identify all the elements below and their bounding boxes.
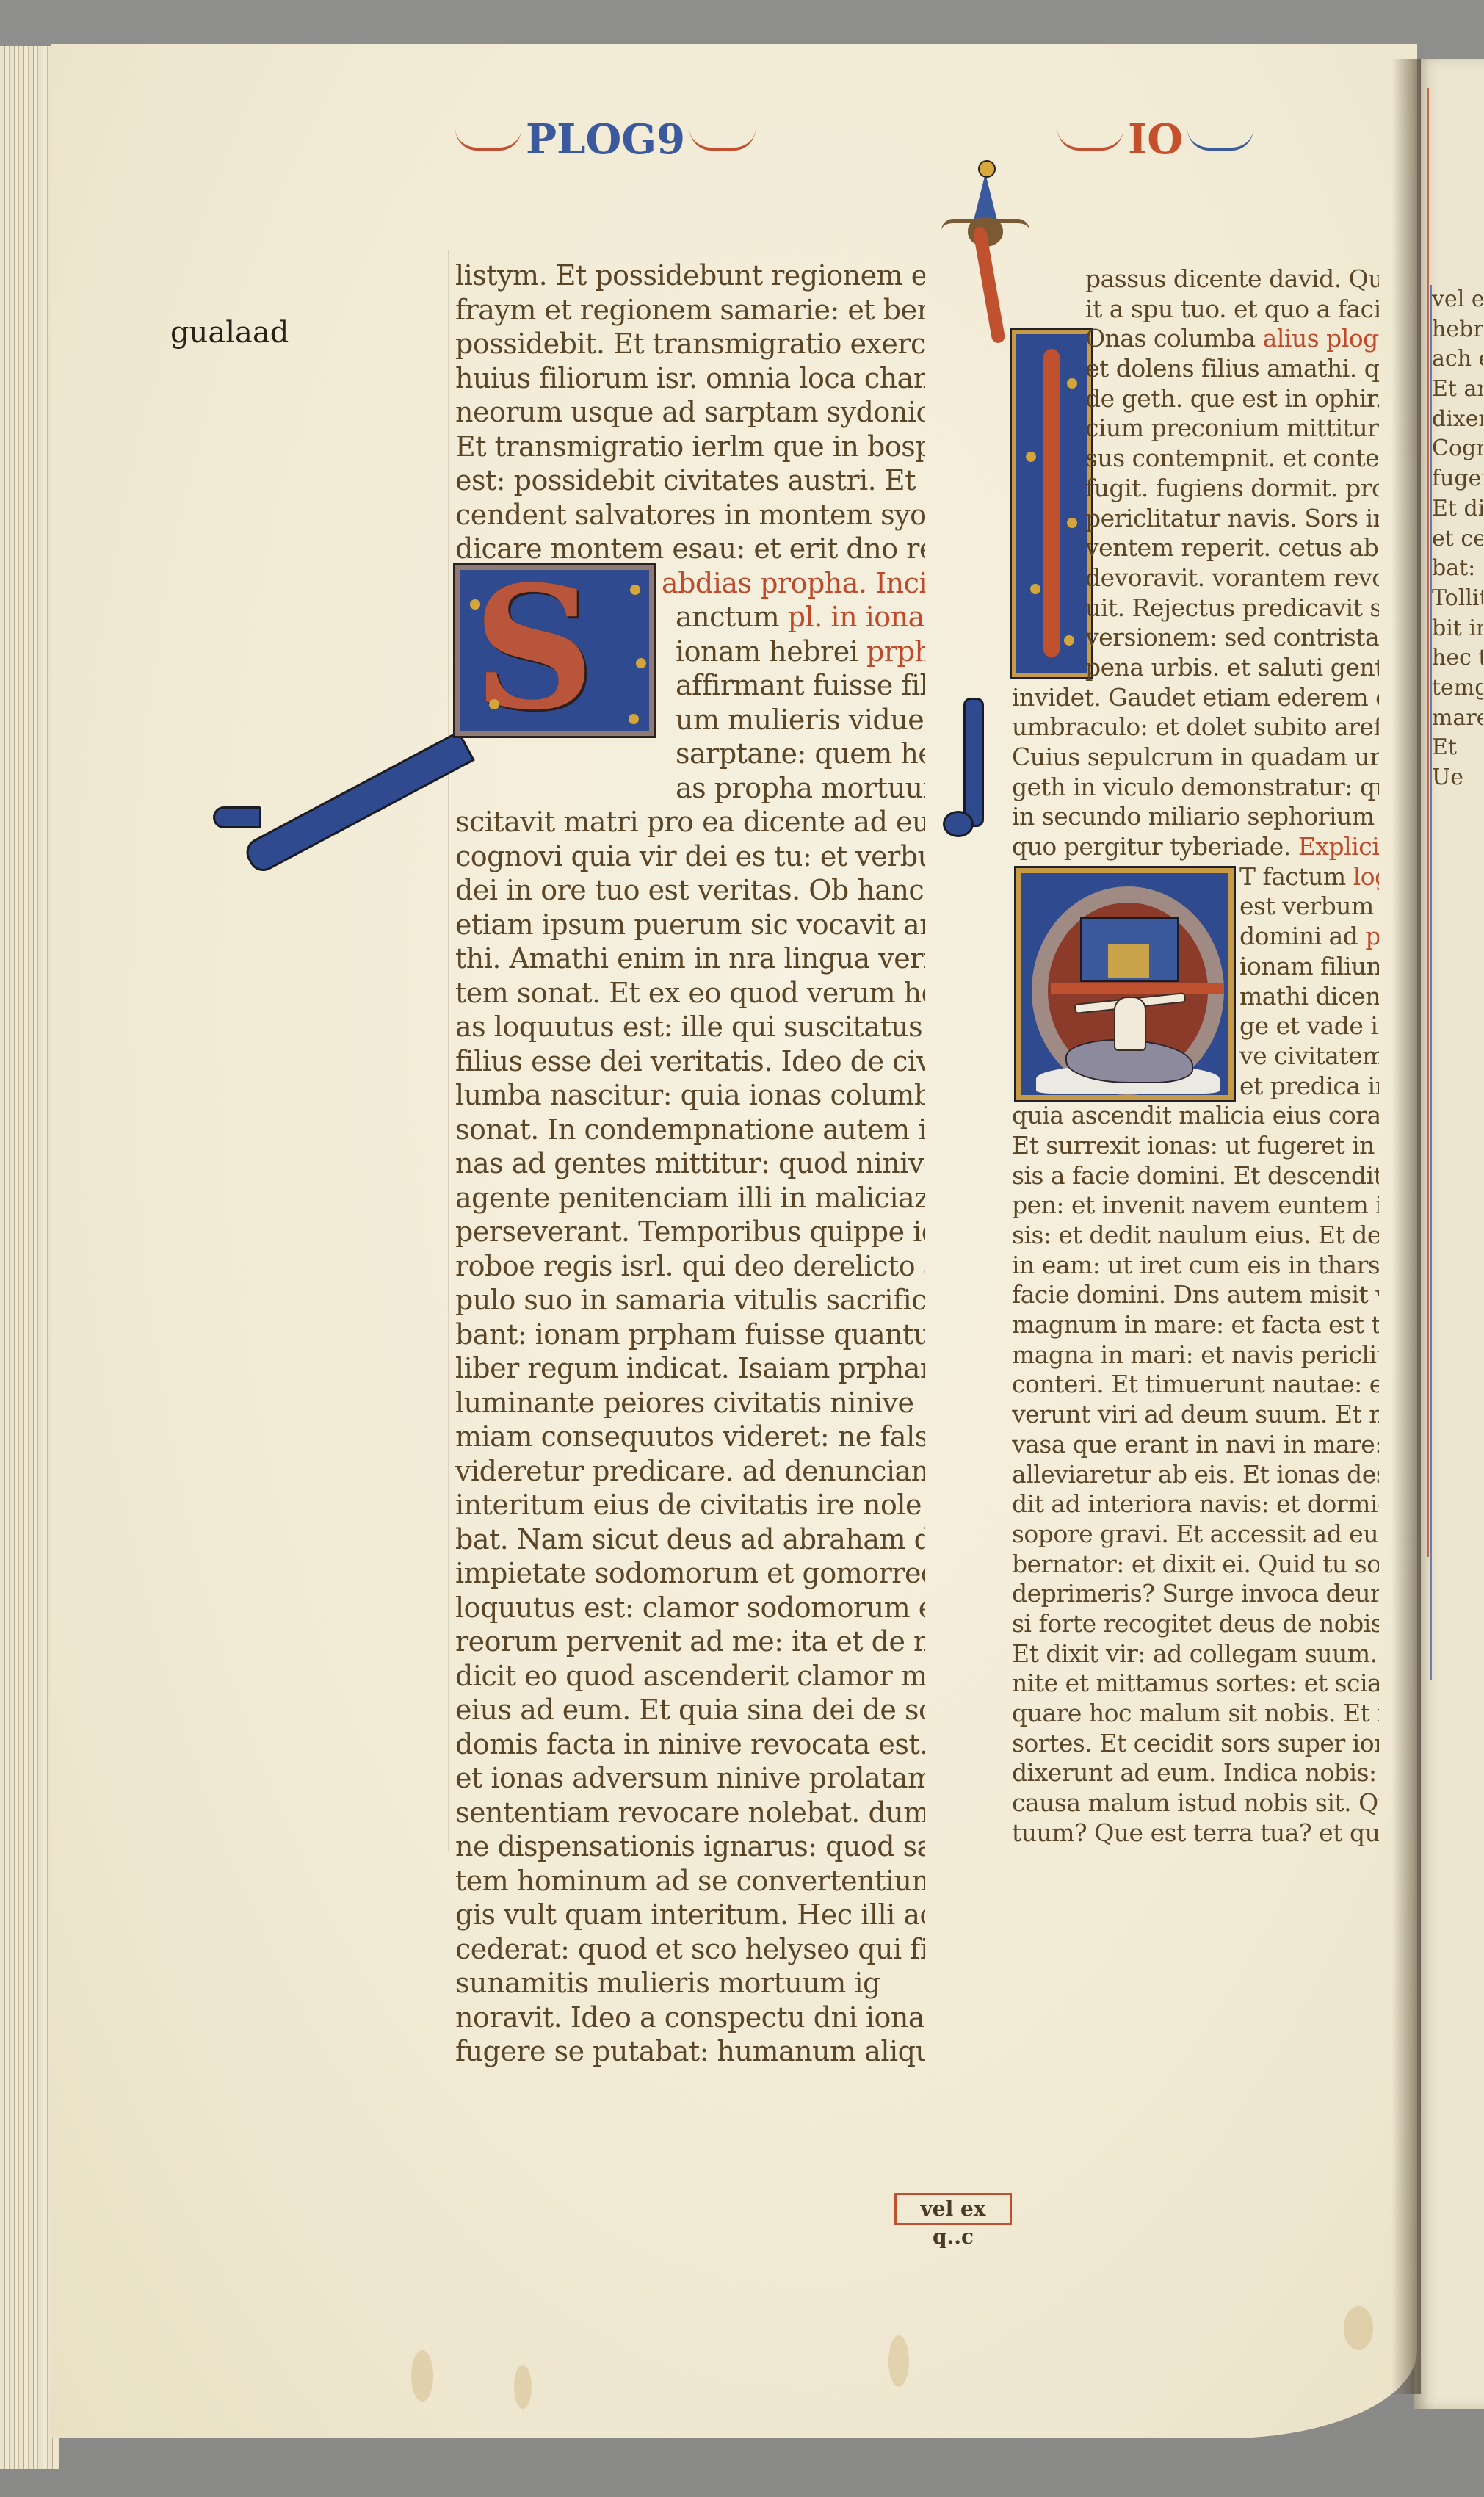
text-line: et dolens filius amathi. qui fuit — [1012, 354, 1379, 384]
ruling-line-red — [1427, 88, 1429, 1557]
foxing-stain — [1344, 2306, 1373, 2350]
text-line: temg — [1432, 673, 1483, 704]
text-line: ach ego — [1432, 344, 1483, 375]
text-segment: T factum — [1239, 862, 1346, 891]
initial-i-extension — [963, 698, 984, 827]
text-line: si forte recogitet deus de nobis et non … — [1012, 1609, 1379, 1639]
text-line: filius esse dei veritatis. Ideo de civit… — [455, 1044, 925, 1079]
text-line: magna in mari: et navis periclitabatur — [1012, 1340, 1379, 1370]
rubric-explicit: Explicit p — [1298, 832, 1379, 861]
ark-door-icon — [1108, 944, 1149, 978]
text-line: roboe regis isrl. qui deo derelicto a po — [455, 1249, 925, 1284]
text-line: listym. Et possidebunt regionem ef — [455, 259, 925, 293]
text-line: cium preconium mittitur: in — [1012, 413, 1379, 444]
text-line: cognovi quia vir dei es tu: et verbum — [455, 839, 925, 874]
text-line: Et — [1432, 733, 1483, 763]
text-line: geth in viculo demonstratur: que est — [1012, 773, 1379, 803]
text-line: bit ina — [1432, 614, 1483, 644]
text-line: pulo suo in samaria vitulis sacrifica — [455, 1283, 925, 1318]
text-line: fugere se putabat: humanum aliquid — [455, 2034, 925, 2069]
foxing-stain — [888, 2335, 909, 2387]
text-line: dit ad interiora navis: et dormiebat — [1012, 1489, 1379, 1519]
gold-dot-icon — [470, 599, 480, 610]
text-line: nite et mittamus sortes: et sciamus — [1012, 1669, 1379, 1699]
initial-e-crossbar — [1051, 983, 1224, 994]
facing-leaf-text: vel ex q hebrai ach ego Et ami dixerun C… — [1432, 285, 1483, 793]
text-line: possidebit. Et transmigratio exercitus — [455, 327, 925, 361]
text-line: vasa que erant in navi in mare: ut — [1012, 1430, 1379, 1460]
text-segment: Onas columba — [1085, 324, 1256, 353]
pen-flourish-icon — [1057, 129, 1123, 151]
text-line: liber regum indicat. Isaiam prpham il — [455, 1351, 925, 1386]
text-line: versionem: sed contristatur in — [1012, 623, 1379, 653]
text-line: quia ascendit malicia eius coram me. — [1012, 1101, 1379, 1131]
text-line: quare hoc malum sit nobis. Et miserunt — [1012, 1699, 1379, 1729]
text-line: impietate sodomorum et gomorreorum — [455, 1556, 925, 1591]
text-segment: quo pergitur tyberiade. — [1012, 832, 1291, 861]
text-line: dei in ore tuo est veritas. Ob hanc cau — [455, 873, 925, 908]
text-line: sortes. Et cecidit sors super ionam. Et — [1012, 1729, 1379, 1759]
running-head-right: IO — [1057, 110, 1253, 169]
text-line: Et dix — [1432, 494, 1483, 524]
rubric: logus. Incip — [1353, 862, 1379, 891]
illuminated-initial-s: S — [455, 565, 654, 736]
text-line: umbraculo: et dolet subito arefactis. — [1012, 712, 1379, 742]
gold-dot-icon — [629, 714, 639, 724]
text-line: miam consequutos videret: ne falsa — [455, 1420, 925, 1454]
text-line: huius filiorum isr. omnia loca chana — [455, 361, 925, 396]
gold-ball-icon — [978, 160, 996, 178]
text-line: Onas columba alius plogus. — [1012, 324, 1379, 354]
explicit-line: quo pergitur tyberiade. Explicit p — [1012, 832, 1379, 862]
text-line: causa malum istud nobis sit. Quod opus — [1012, 1788, 1379, 1818]
rubric: alius plogus. — [1263, 324, 1379, 353]
text-line: as propha mortuum: su — [455, 771, 925, 806]
catchword-box: vel ex q..c — [894, 2193, 1012, 2225]
jonah-figure-icon — [1114, 997, 1146, 1051]
gold-dot-icon — [636, 658, 646, 668]
text-line: sopore gravi. Et accessit ad eum gu — [1012, 1519, 1379, 1550]
grotesque-hat-icon — [974, 173, 997, 220]
running-head-text: IO — [1128, 119, 1183, 160]
text-line: neorum usque ad sarptam sydoniorum. — [455, 395, 925, 430]
text-line: thi. Amathi enim in nra lingua verita — [455, 942, 925, 976]
historiated-initial-e — [1016, 868, 1234, 1100]
text-line: in eam: ut iret cum eis in tharsis a — [1012, 1251, 1379, 1281]
text-line: hec ten — [1432, 643, 1483, 673]
foxing-stain — [411, 2350, 433, 2402]
text-line: lumba nascitur: quia ionas columba — [455, 1078, 925, 1113]
gold-dot-icon — [489, 699, 499, 709]
text-line: reorum pervenit ad me: ita et de ninive — [455, 1625, 925, 1659]
text-line: bat. Nam sicut deus ad abraham de — [455, 1522, 925, 1557]
initial-s-terminal-icon — [213, 806, 261, 828]
text-line: passus dicente david. Quo ib — [1012, 264, 1379, 294]
pen-flourish-icon — [689, 129, 756, 151]
text-line: etiam ipsum puerum sic vocavit ama — [455, 908, 925, 942]
pen-flourish-icon — [455, 129, 521, 151]
text-line: Ue — [1432, 763, 1483, 793]
text-line: fuger — [1432, 464, 1483, 494]
text-line: uit. Rejectus predicavit sub — [1012, 593, 1379, 624]
text-line: Et ami — [1432, 375, 1483, 405]
text-line: dixerun — [1432, 405, 1483, 435]
text-segment: anctum — [676, 601, 779, 633]
page-edges-stack — [0, 46, 59, 2469]
running-head-left: PLOG9 — [455, 110, 756, 169]
text-line: sonat. In condempnatione autem isrl io — [455, 1113, 925, 1147]
text-line: bernator: et dixit ei. Quid tu sopore — [1012, 1550, 1379, 1580]
text-line: ventem reperit. cetus abiectum — [1012, 533, 1379, 563]
text-line: sententiam revocare nolebat. dum — [455, 1796, 925, 1830]
text-line: agente penitenciam illi in maliciaz — [455, 1181, 925, 1215]
gutter-shadow — [1391, 59, 1421, 2394]
text-line: gis vult quam interitum. Hec illi ac — [455, 1898, 925, 1932]
text-line: sus contempnit. et contempnens — [1012, 444, 1379, 474]
text-line: nas ad gentes mittitur: quod ninive — [455, 1146, 925, 1181]
gold-dot-icon — [630, 585, 640, 595]
text-line: tem hominum ad se convertentium ma — [455, 1864, 925, 1898]
initial-i-terminal-icon — [943, 811, 974, 837]
text-line: Et dixit vir: ad collegam suum. Ve — [1012, 1639, 1379, 1669]
text-line: sis: et dedit naulum eius. Et descendit — [1012, 1221, 1379, 1251]
text-line: invidet. Gaudet etiam ederem cinis — [1012, 683, 1379, 713]
text-line: videretur predicare. ad denunciandi — [455, 1454, 925, 1489]
text-column-left: listym. Et possidebunt regionem ef fraym… — [455, 259, 925, 2069]
text-line: Cogno — [1432, 434, 1483, 464]
text-line: hebrai — [1432, 315, 1483, 345]
text-line: sunamitis mulieris mortuum ig — [455, 1966, 925, 2001]
ruling-line — [448, 250, 449, 1851]
text-line: as loquutus est: ille qui suscitatus est — [455, 1010, 925, 1044]
text-line: deprimeris? Surge invoca deum tuum: — [1012, 1579, 1379, 1609]
text-line: pen: et invenit navem euntem in thar — [1012, 1190, 1379, 1221]
text-line: de geth. que est in ophir. ad gen — [1012, 384, 1379, 414]
text-line: est: possidebit civitates austri. Et as — [455, 463, 925, 498]
text-line: noravit. Ideo a conspectu dni ionas — [455, 2001, 925, 2035]
text-line: dicit eo quod ascenderit clamor malicie — [455, 1659, 925, 1694]
text-line: domis facta in ninive revocata est. ita — [455, 1727, 925, 1762]
rubric: prpham — [866, 635, 925, 668]
text-line: periclitatur navis. Sors in — [1012, 504, 1379, 534]
text-segment: est verbum — [1239, 892, 1374, 920]
text-line: it a spu tuo. et quo a facie tua fugiam. — [1012, 294, 1379, 325]
pen-flourish-icon — [1187, 129, 1253, 151]
text-line: et ionas adversum ninive prolatam — [455, 1761, 925, 1796]
text-line: fraym et regionem samarie: et beniamin — [455, 293, 925, 328]
text-segment: domini ad — [1239, 922, 1358, 950]
text-line: et cessa — [1432, 524, 1483, 554]
text-line: fugit. fugiens dormit. propter quem — [1012, 474, 1379, 504]
text-line: sis a facie domini. Et descendit iop — [1012, 1161, 1379, 1191]
text-line: devoravit. vorantem revom — [1012, 563, 1379, 593]
text-line: bat: et — [1432, 554, 1483, 584]
text-line: in secundo miliario sephorium urbe — [1012, 802, 1379, 832]
text-line: pena urbis. et saluti gentium — [1012, 653, 1379, 683]
foxing-stain — [514, 2365, 532, 2409]
text-line: luminante peiores civitatis ninive — [455, 1386, 925, 1420]
text-line: Tollit — [1432, 584, 1483, 614]
text-line: bant: ionam prpham fuisse quantus — [455, 1318, 925, 1352]
text-line: alleviaretur ab eis. Et ionas descen — [1012, 1460, 1379, 1490]
text-line: verunt viri ad deum suum. Et miserunt — [1012, 1400, 1379, 1430]
rubric: pl. in ionam — [788, 601, 925, 633]
text-line: Et transmigratio ierlm que in bosphoro — [455, 430, 925, 464]
text-line: tuum? Que est terra tua? et quo vadis? — [1012, 1818, 1379, 1849]
rubric: pheta. — [1365, 922, 1379, 950]
running-head-text: PLOG9 — [526, 119, 685, 160]
text-segment: ionam hebrei — [676, 635, 858, 668]
text-line: facie domini. Dns autem misit ventum — [1012, 1280, 1379, 1310]
text-line: dixerunt ad eum. Indica nobis: cuius — [1012, 1758, 1379, 1788]
text-line: magnum in mare: et facta est tempestas — [1012, 1310, 1379, 1340]
text-line: cendent salvatores in montem syon iu — [455, 498, 925, 532]
margin-annotation: gualaad — [170, 316, 289, 350]
text-line: mare — [1432, 704, 1483, 734]
text-line: scitavit matri pro ea dicente ad eum. Ec — [455, 805, 925, 839]
text-line: cederat: quod et sco helyseo qui filium — [455, 1932, 925, 1967]
text-line: ne dispensationis ignarus: quod salu — [455, 1829, 925, 1864]
text-line: vel ex q — [1432, 285, 1483, 315]
text-line: perseverant. Temporibus quippe ie — [455, 1215, 925, 1249]
text-line: Cuius sepulcrum in quadam urbium — [1012, 742, 1379, 773]
text-line: interitum eius de civitatis ire nole — [455, 1488, 925, 1522]
text-line: conteri. Et timuerunt nautae: et clama — [1012, 1370, 1379, 1400]
text-line: Et surrexit ionas: ut fugeret in thar — [1012, 1131, 1379, 1161]
text-line: loquutus est: clamor sodomorum et gomo — [455, 1591, 925, 1625]
text-line: tem sonat. Et ex eo quod verum hely — [455, 976, 925, 1011]
text-line: eius ad eum. Et quia sina dei de so — [455, 1693, 925, 1727]
